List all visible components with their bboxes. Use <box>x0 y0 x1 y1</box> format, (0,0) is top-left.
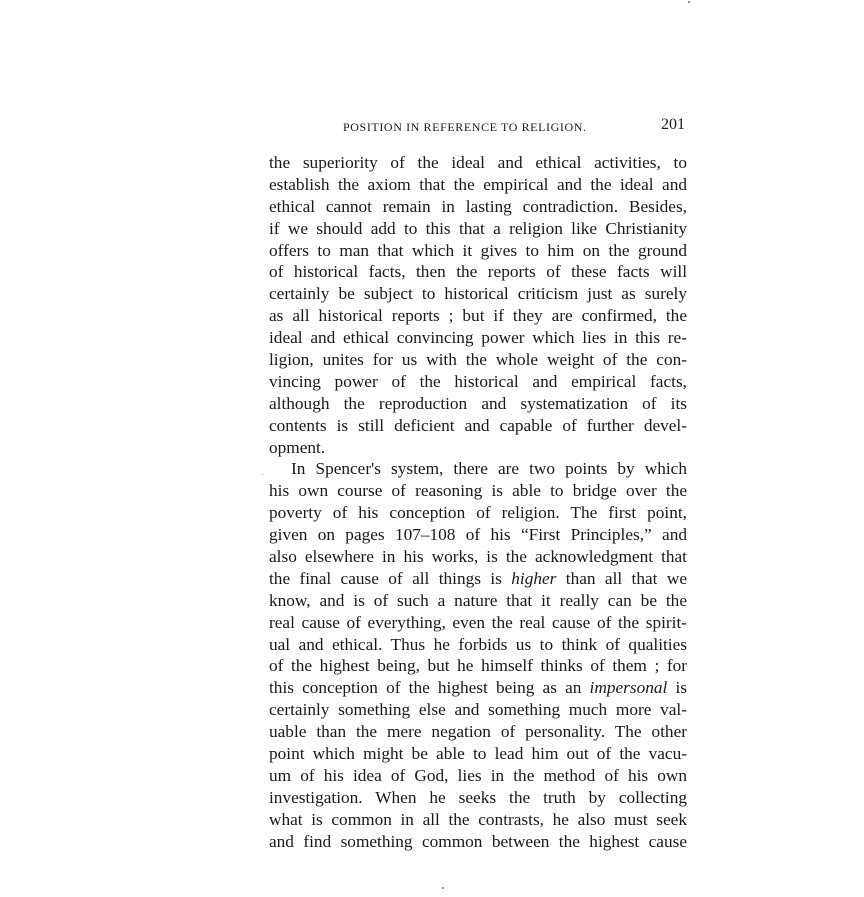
running-head: POSITION IN REFERENCE TO RELIGION. 201 <box>269 116 687 138</box>
scan-speck <box>442 887 444 889</box>
text-line: real cause of everything, even the real … <box>269 612 687 634</box>
text-run: this conception of the highest being as … <box>269 678 590 697</box>
scan-speck <box>262 474 263 475</box>
text-line: what is common in all the contrasts, he … <box>269 809 687 831</box>
text-line: and find something common between the hi… <box>269 831 687 853</box>
text-line: ligion, unites for us with the whole wei… <box>269 349 687 371</box>
text-line: although the reproduction and systematiz… <box>269 393 687 415</box>
text-line: contents is still deficient and capable … <box>269 415 687 437</box>
text-line: ethical cannot remain in lasting contrad… <box>269 196 687 218</box>
text-line: the final cause of all things is higher … <box>269 568 687 590</box>
text-run: than all that we <box>556 569 687 588</box>
emphasis-impersonal: impersonal <box>590 678 668 697</box>
text-line: ideal and ethical convincing power which… <box>269 327 687 349</box>
paragraph-start-line: In Spencer's system, there are two point… <box>269 458 687 480</box>
text-line: if we should add to this that a religion… <box>269 218 687 240</box>
text-line: as all historical reports ; but if they … <box>269 305 687 327</box>
text-line: also elsewhere in his works, is the ackn… <box>269 546 687 568</box>
book-page: POSITION IN REFERENCE TO RELIGION. 201 t… <box>269 116 687 853</box>
text-line: uable than the mere negation of personal… <box>269 721 687 743</box>
text-line: given on pages 107–108 of his “First Pri… <box>269 524 687 546</box>
text-line: the superiority of the ideal and ethical… <box>269 152 687 174</box>
text-line: poverty of his conception of religion. T… <box>269 502 687 524</box>
text-line: know, and is of such a nature that it re… <box>269 590 687 612</box>
text-line: his own course of reasoning is able to b… <box>269 480 687 502</box>
emphasis-higher: higher <box>511 569 556 588</box>
text-line: of the highest being, but he himself thi… <box>269 655 687 677</box>
text-line: opment. <box>269 437 687 459</box>
text-line: certainly be subject to historical criti… <box>269 283 687 305</box>
text-line: this conception of the highest being as … <box>269 677 687 699</box>
text-line: vincing power of the historical and empi… <box>269 371 687 393</box>
text-line: point which might be able to lead him ou… <box>269 743 687 765</box>
text-line: offers to man that which it gives to him… <box>269 240 687 262</box>
text-line: of historical facts, then the reports of… <box>269 261 687 283</box>
body-text: the superiority of the ideal and ethical… <box>269 152 687 853</box>
text-line: establish the axiom that the empirical a… <box>269 174 687 196</box>
text-line: certainly something else and something m… <box>269 699 687 721</box>
text-run: is <box>667 678 687 697</box>
scan-speck <box>688 1 690 3</box>
text-run: the final cause of all things is <box>269 569 511 588</box>
text-line: investigation. When he seeks the truth b… <box>269 787 687 809</box>
text-line: um of his idea of God, lies in the metho… <box>269 765 687 787</box>
running-title: POSITION IN REFERENCE TO RELIGION. <box>343 120 587 135</box>
text-line: ual and ethical. Thus he forbids us to t… <box>269 634 687 656</box>
page-number: 201 <box>661 116 685 134</box>
